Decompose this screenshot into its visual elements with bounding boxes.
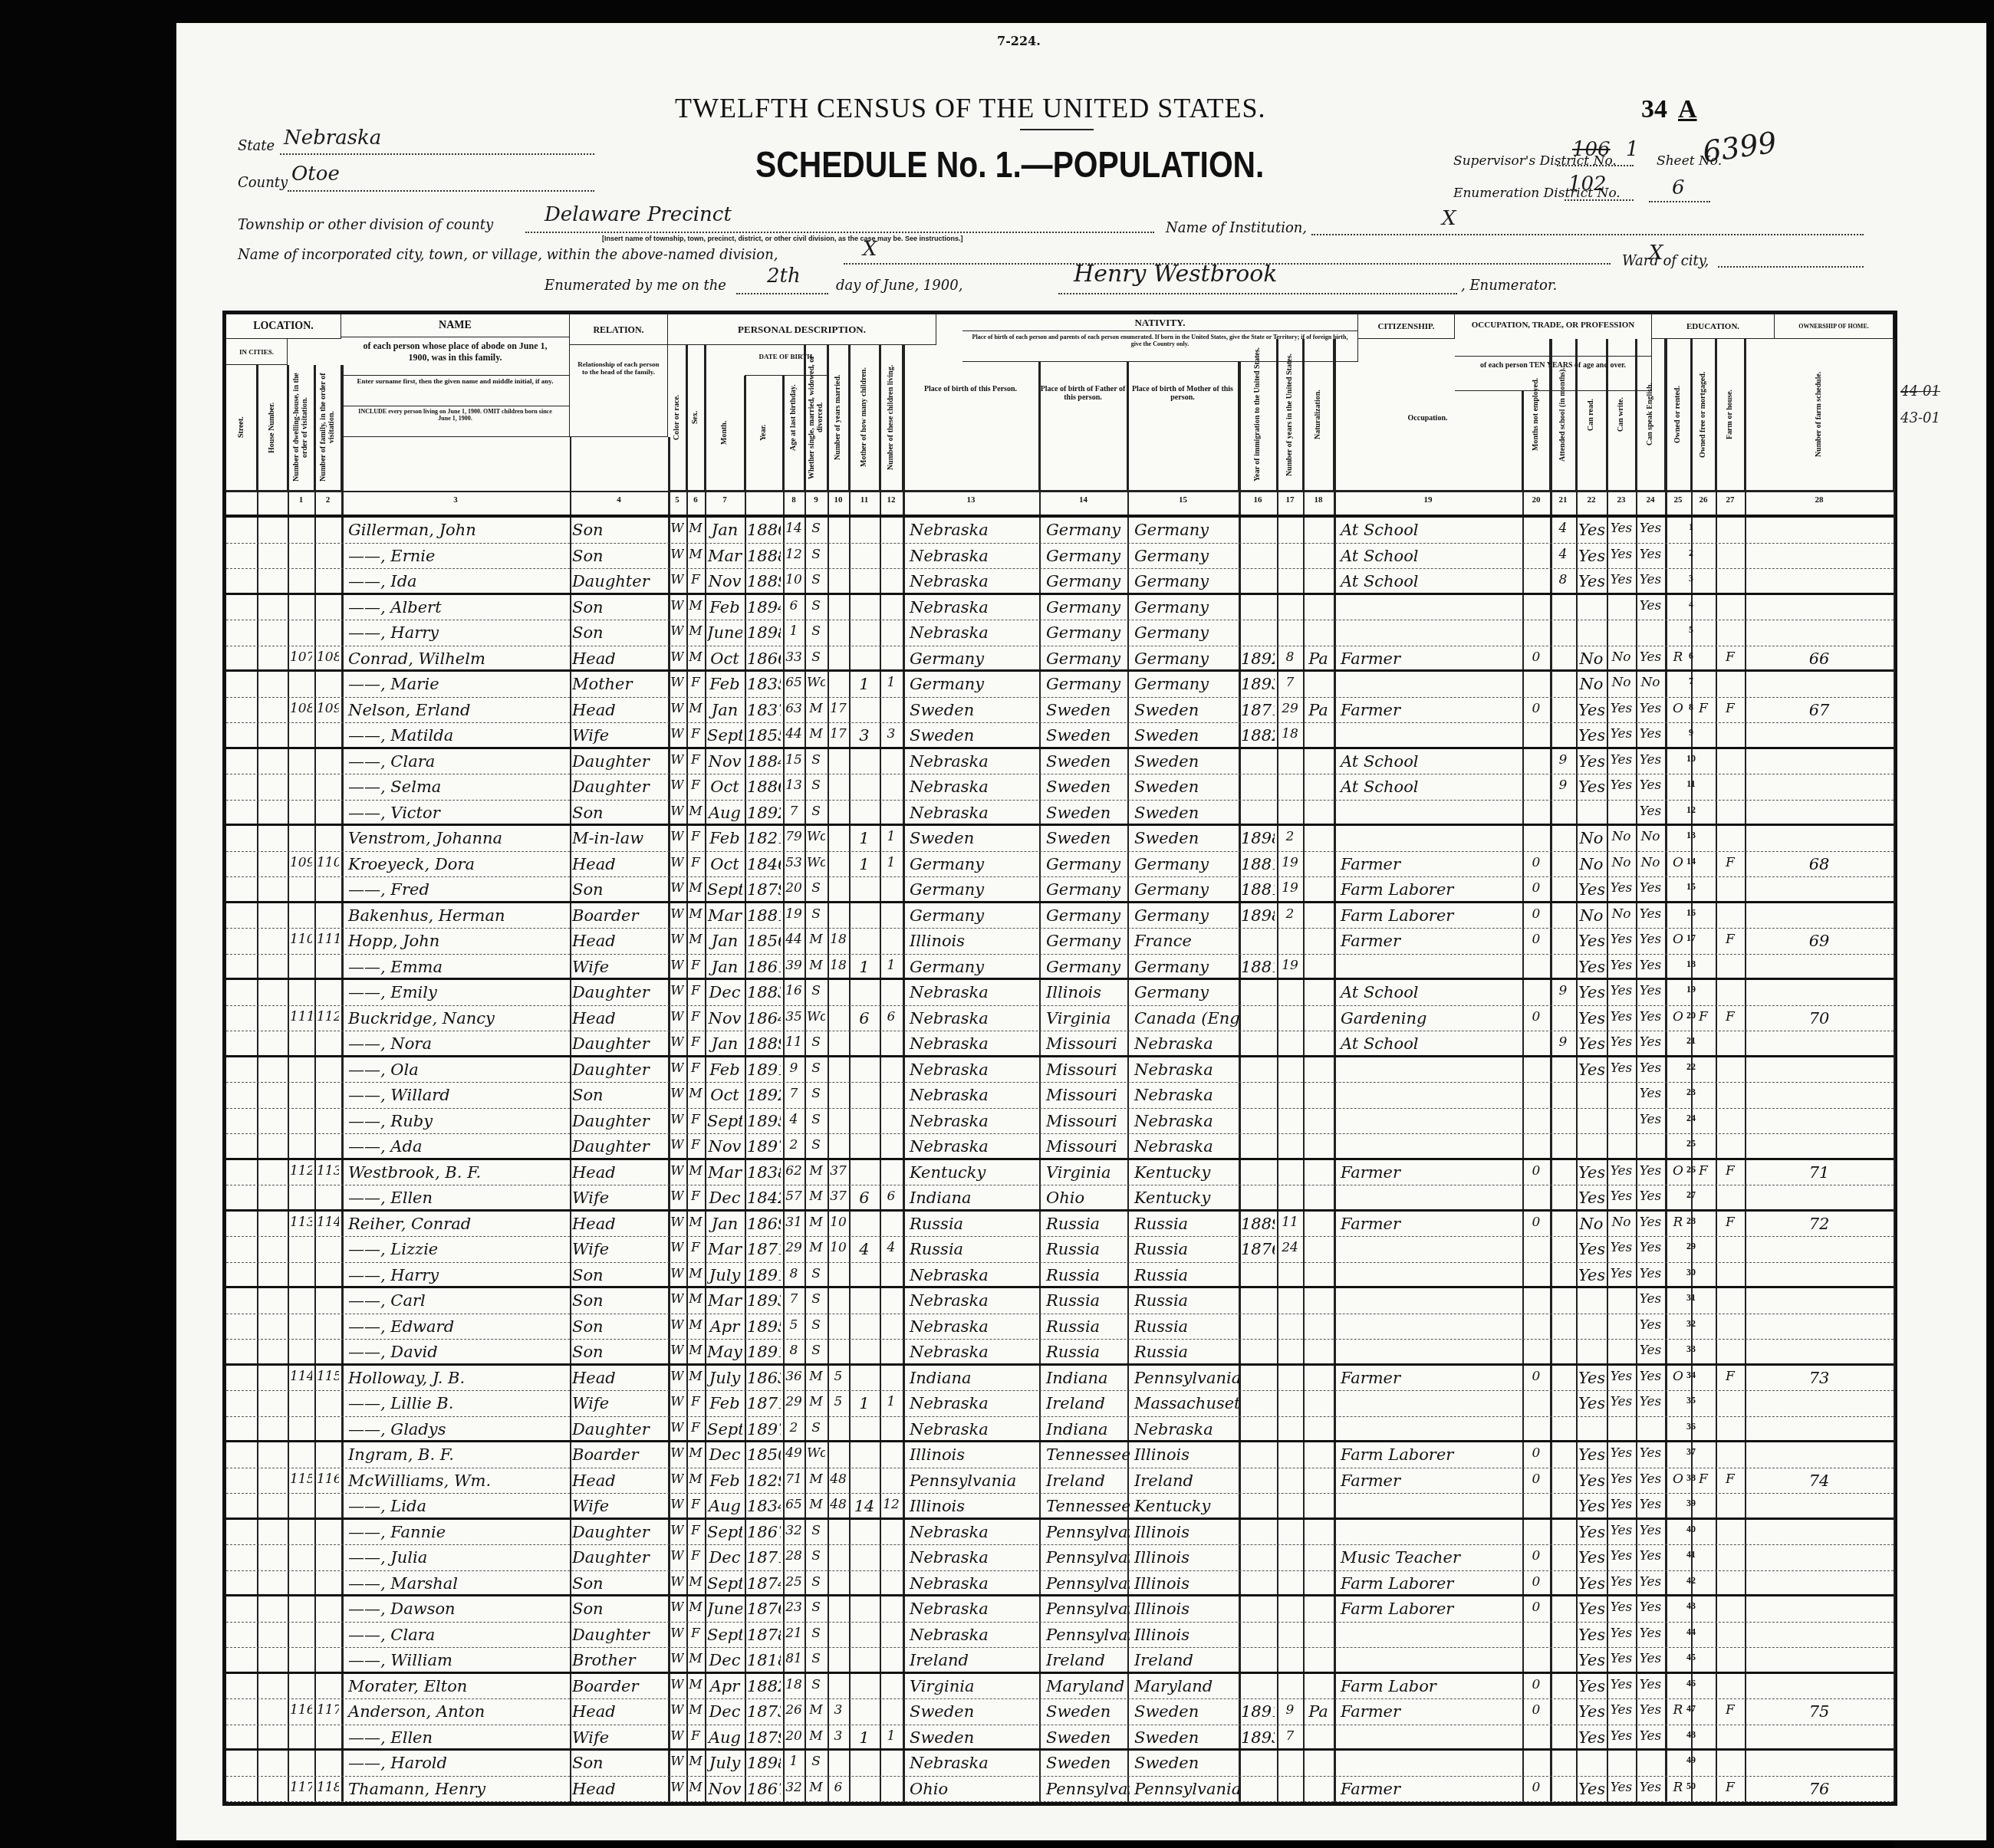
column-header-8: Age at last birthday. — [783, 345, 805, 491]
cell-yr: 1876 — [747, 1600, 781, 1623]
cell-occ — [1336, 1086, 1525, 1109]
cell-en: Yes — [1638, 1266, 1663, 1289]
cell-col: W — [670, 1369, 684, 1392]
cell-sch — [1552, 829, 1574, 852]
line-number: 2 — [1680, 547, 1703, 559]
cell-name: ——, Ernie — [344, 547, 572, 570]
cell-age: 18 — [785, 1677, 802, 1700]
cell-col: W — [670, 1112, 684, 1135]
cell-imm — [1241, 1548, 1275, 1571]
cell-fh — [1718, 1445, 1742, 1468]
cell-yr: 1891 — [747, 1266, 781, 1289]
cell-fam — [317, 1060, 339, 1083]
cell-rel: Head — [572, 855, 666, 878]
cell-age: 9 — [785, 1060, 802, 1083]
cell-yus — [1279, 1086, 1301, 1109]
cell-mpob: Sweden — [1130, 726, 1241, 749]
cell-fam — [317, 1266, 339, 1289]
cell-mne — [1525, 958, 1548, 981]
cell-cl — [882, 1600, 900, 1623]
cell-wr — [1609, 1137, 1634, 1160]
cell-mne — [1525, 521, 1548, 544]
cell-en: Yes — [1638, 1780, 1663, 1803]
cell-mc — [851, 1420, 877, 1443]
cell-sex: M — [689, 906, 703, 929]
cell-nat — [1305, 778, 1331, 801]
cell-cl — [882, 649, 900, 672]
cell-dw: 110 — [290, 932, 312, 955]
cell-mne — [1525, 829, 1548, 852]
cell-name: McWilliams, Wm. — [344, 1471, 572, 1495]
cell-dw: 107 — [290, 649, 312, 672]
line-number: 36 — [1680, 1421, 1703, 1432]
cell-occ: Farmer — [1336, 701, 1525, 724]
cell-sex: M — [689, 1215, 703, 1238]
cell-nat — [1305, 1445, 1331, 1468]
cell-dw — [290, 1394, 312, 1417]
cell-fpob: Germany — [1041, 932, 1130, 955]
cell-col: W — [670, 804, 684, 827]
cell-ms: S — [807, 1060, 825, 1083]
cell-occ — [1336, 1343, 1525, 1366]
cell-fam: 116 — [317, 1471, 339, 1495]
cell-cl — [882, 1215, 900, 1238]
table-row: 115116McWilliams, Wm.HeadWMFeb182971M48P… — [226, 1468, 1894, 1495]
cell-mc — [851, 598, 877, 621]
cell-mc: 14 — [851, 1497, 877, 1520]
cell-sex: M — [689, 1163, 703, 1186]
cell-mne — [1525, 1086, 1548, 1109]
cell-mo: Sept — [707, 726, 742, 749]
cell-cl — [882, 906, 900, 929]
cell-nat — [1305, 675, 1331, 698]
cell-rd: Yes — [1578, 726, 1604, 749]
cell-fs — [1747, 1189, 1891, 1212]
cell-ym — [830, 1060, 847, 1083]
column-number: 22 — [1576, 495, 1607, 505]
cell-fs — [1747, 547, 1891, 570]
cell-rel: Son — [572, 1266, 666, 1289]
cell-col: W — [670, 1009, 684, 1032]
cell-fs: 72 — [1747, 1215, 1891, 1238]
cell-age: 35 — [785, 1009, 802, 1032]
cell-age: 32 — [785, 1780, 802, 1803]
table-row: ——, CarlSonWMMar18937SNebraskaRussiaRuss… — [226, 1288, 1894, 1314]
cell-dw — [290, 1317, 312, 1340]
cell-pob: Illinois — [905, 932, 1041, 955]
cell-en: Yes — [1638, 1728, 1663, 1751]
cell-rel: Head — [572, 701, 666, 724]
column-label: Number of years married. — [834, 345, 842, 490]
scan-border-top — [0, 0, 1994, 26]
cell-cl: 1 — [882, 675, 900, 698]
cell-mpob: Sweden — [1130, 1754, 1241, 1777]
cell-cl — [882, 1343, 900, 1366]
table-row: ——, EdwardSonWMApr18955SNebraskaRussiaRu… — [226, 1314, 1894, 1340]
cell-mc — [851, 1266, 877, 1289]
cell-mc — [851, 983, 877, 1006]
cell-wr: Yes — [1609, 1780, 1634, 1803]
cell-ym — [830, 572, 847, 595]
cell-mo: Oct — [707, 1086, 742, 1109]
cell-mpob: Massachusetts — [1130, 1394, 1241, 1417]
cell-name: Kroeyeck, Dora — [344, 855, 572, 878]
cell-fpob: Pennsylvania — [1041, 1600, 1130, 1623]
cell-mpob: Germany — [1130, 855, 1241, 878]
institution-value: X — [1442, 207, 1456, 230]
line-number: 21 — [1680, 1035, 1703, 1047]
line-number: 43 — [1680, 1600, 1703, 1612]
cell-wr: Yes — [1609, 1369, 1634, 1392]
cell-wr: Yes — [1609, 1394, 1634, 1417]
cell-mc: 3 — [851, 726, 877, 749]
column-number: 23 — [1607, 495, 1636, 505]
cell-col: W — [670, 1702, 684, 1725]
cell-name: ——, Clara — [344, 752, 572, 775]
cell-mpob: Canada (Eng) — [1130, 1009, 1241, 1032]
cell-ym — [830, 675, 847, 698]
column-number: 3 — [341, 495, 570, 505]
cell-rel: Son — [572, 598, 666, 621]
cell-yus — [1279, 1780, 1301, 1803]
cell-dw: 117 — [290, 1780, 312, 1803]
cell-ym: 37 — [830, 1163, 847, 1186]
cell-name: Anderson, Anton — [344, 1702, 572, 1725]
cell-sex: F — [689, 1240, 703, 1263]
cell-fh: F — [1718, 1215, 1742, 1238]
cell-sex: M — [689, 1651, 703, 1674]
cell-occ — [1336, 1523, 1525, 1546]
cell-sch — [1552, 701, 1574, 724]
cell-occ — [1336, 1137, 1525, 1160]
cell-mo: Oct — [707, 778, 742, 801]
table-row: ——, DavidSonWMMay18918SNebraskaRussiaRus… — [226, 1340, 1894, 1366]
cell-yr: 1829 — [747, 1471, 781, 1495]
cell-yr: 1866 — [747, 649, 781, 672]
cell-col: W — [670, 1420, 684, 1443]
group-personal-description: PERSONAL DESCRIPTION. — [668, 314, 936, 345]
cell-rd: No — [1578, 906, 1604, 929]
cell-mne — [1525, 1060, 1548, 1083]
cell-fpob: Russia — [1041, 1343, 1130, 1366]
line-number: 35 — [1680, 1395, 1703, 1406]
cell-mo: May — [707, 1343, 742, 1366]
township-hint: [Insert name of township, town, precinct… — [602, 235, 963, 242]
line-number: 49 — [1680, 1754, 1703, 1766]
cell-mc — [851, 1060, 877, 1083]
cell-age: 5 — [785, 1317, 802, 1340]
cell-fam — [317, 1600, 339, 1623]
cell-sch — [1552, 1728, 1574, 1751]
cell-en: Yes — [1638, 649, 1663, 672]
cell-cl — [882, 1060, 900, 1083]
cell-mo: July — [707, 1266, 742, 1289]
cell-col: W — [670, 983, 684, 1006]
cell-mo: Dec — [707, 1702, 742, 1725]
cell-age: 13 — [785, 778, 802, 801]
cell-mpob: Germany — [1130, 623, 1241, 646]
cell-mpob: France — [1130, 932, 1241, 955]
cell-fam — [317, 572, 339, 595]
column-number: 12 — [880, 495, 903, 505]
cell-cl — [882, 1780, 900, 1803]
cell-fpob: Sweden — [1041, 804, 1130, 827]
cell-yus — [1279, 572, 1301, 595]
cell-sch — [1552, 726, 1574, 749]
cell-fh: F — [1718, 1702, 1742, 1725]
cell-mc — [851, 880, 877, 903]
cell-pob: Nebraska — [905, 1266, 1041, 1289]
cell-dw: 109 — [290, 855, 312, 878]
cell-rd: Yes — [1578, 1780, 1604, 1803]
cell-fam — [317, 1240, 339, 1263]
cell-en: Yes — [1638, 932, 1663, 955]
cell-en: Yes — [1638, 572, 1663, 595]
schedule-title: SCHEDULE No. 1.—POPULATION. — [755, 144, 1264, 186]
cell-yr: 1884 — [747, 752, 781, 775]
cell-rd: Yes — [1578, 1471, 1604, 1495]
table-row: Ingram, B. F.BoarderWMDec185049WdIllinoi… — [226, 1442, 1894, 1468]
cell-fam: 108 — [317, 649, 339, 672]
cell-mne: 0 — [1525, 1548, 1548, 1571]
cell-name: Bakenhus, Herman — [344, 906, 572, 929]
cell-mpob: Germany — [1130, 547, 1241, 570]
cell-rd: No — [1578, 675, 1604, 698]
cell-yr: 1892 — [747, 1086, 781, 1109]
cell-age: 36 — [785, 1369, 802, 1392]
cell-fs: 75 — [1747, 1702, 1891, 1725]
cell-rd: Yes — [1578, 1394, 1604, 1417]
column-divider — [1894, 339, 1895, 1802]
cell-mo: Jan — [707, 1215, 742, 1238]
cell-fam — [317, 1291, 339, 1314]
cell-age: 62 — [785, 1163, 802, 1186]
cell-name: Nelson, Erland — [344, 701, 572, 724]
cell-mc — [851, 1702, 877, 1725]
table-row: ——, SelmaDaughterWFOct188613SNebraskaSwe… — [226, 774, 1894, 801]
cell-cl — [882, 521, 900, 544]
cell-yus — [1279, 1471, 1301, 1495]
column-label: Place of birth of this Person. — [903, 362, 1038, 393]
cell-fh — [1718, 1240, 1742, 1263]
column-number: 5 — [668, 495, 686, 505]
cell-sch — [1552, 1548, 1574, 1571]
cell-nat — [1305, 1651, 1331, 1674]
column-number: 13 — [903, 495, 1039, 505]
cell-nat — [1305, 1420, 1331, 1443]
cell-age: 29 — [785, 1394, 802, 1417]
cell-mpob: Sweden — [1130, 1702, 1241, 1725]
cell-col: W — [670, 598, 684, 621]
cell-mo: Nov — [707, 1780, 742, 1803]
cell-fs — [1747, 752, 1891, 775]
cell-pob: Nebraska — [905, 804, 1041, 827]
cell-en: No — [1638, 855, 1663, 878]
cell-fam — [317, 958, 339, 981]
cell-fs — [1747, 572, 1891, 595]
cell-dw — [290, 1240, 312, 1263]
table-row: ——, EllenWifeWFDec184257M3766IndianaOhio… — [226, 1185, 1894, 1212]
cell-cl: 1 — [882, 958, 900, 981]
cell-yus: 18 — [1279, 726, 1301, 749]
cell-mne: 0 — [1525, 1677, 1548, 1700]
cell-fam — [317, 1754, 339, 1777]
cell-mo: Feb — [707, 675, 742, 698]
cell-sex: M — [689, 1291, 703, 1314]
cell-ym — [830, 855, 847, 878]
cell-pob: Nebraska — [905, 1343, 1041, 1366]
cell-nat — [1305, 1780, 1331, 1803]
cell-cl — [882, 1471, 900, 1495]
cell-mc: 6 — [851, 1009, 877, 1032]
cell-fam — [317, 598, 339, 621]
cell-occ — [1336, 804, 1525, 827]
cell-nat — [1305, 1523, 1331, 1546]
cell-name: ——, Gladys — [344, 1420, 572, 1443]
cell-imm — [1241, 1112, 1275, 1135]
cell-imm — [1241, 1445, 1275, 1468]
cell-fh — [1718, 1034, 1742, 1057]
cell-pob: Virginia — [905, 1677, 1041, 1700]
line-number: 15 — [1680, 881, 1703, 893]
cell-mc — [851, 1112, 877, 1135]
cell-yr: 1886 — [747, 778, 781, 801]
cell-mpob: Germany — [1130, 649, 1241, 672]
cell-wr: Yes — [1609, 1163, 1634, 1186]
relation-description: Relationship of each person to the head … — [570, 345, 668, 437]
cell-age: 31 — [785, 1215, 802, 1238]
cell-age: 8 — [785, 1343, 802, 1366]
cell-mpob: Nebraska — [1130, 1034, 1241, 1057]
cell-sex: M — [689, 623, 703, 646]
cell-fh — [1718, 1112, 1742, 1135]
cell-pob: Illinois — [905, 1497, 1041, 1520]
enumerated-label: Enumerated by me on the — [545, 278, 726, 294]
line-number: 37 — [1680, 1446, 1703, 1458]
cell-mo: Sept — [707, 1420, 742, 1443]
cell-fs: 68 — [1747, 855, 1891, 878]
cell-imm: 1882 — [1241, 726, 1275, 749]
column-label: Month. — [720, 376, 729, 490]
cell-fh — [1718, 983, 1742, 1006]
cell-sex: M — [689, 1471, 703, 1495]
cell-occ: Farmer — [1336, 1702, 1525, 1725]
cell-name: ——, Ida — [344, 572, 572, 595]
cell-rd — [1578, 804, 1604, 827]
cell-rd: Yes — [1578, 1445, 1604, 1468]
cell-fs — [1747, 778, 1891, 801]
cell-ms: M — [807, 1497, 825, 1520]
cell-mne — [1525, 1626, 1548, 1649]
cell-en: Yes — [1638, 1369, 1663, 1392]
cell-pob: Nebraska — [905, 1060, 1041, 1083]
cell-nat — [1305, 958, 1331, 981]
cell-ms: S — [807, 1112, 825, 1135]
column-label: Whether single, married, widowed, or div… — [808, 345, 824, 490]
column-label: Age at last birthday. — [789, 345, 798, 490]
column-header-18: Naturalization. — [1303, 339, 1334, 491]
cell-fh — [1718, 1626, 1742, 1649]
cell-occ — [1336, 1728, 1525, 1751]
table-row: ——, LidaWifeWFAug183465M481412IllinoisTe… — [226, 1494, 1894, 1520]
cell-occ: Farmer — [1336, 1215, 1525, 1238]
cell-en — [1638, 1754, 1663, 1777]
cell-dw — [290, 752, 312, 775]
cell-fh — [1718, 1291, 1742, 1314]
cell-nat — [1305, 932, 1331, 955]
cell-yus — [1279, 623, 1301, 646]
cell-yr: 1871 — [747, 1394, 781, 1417]
cell-mc: 6 — [851, 1189, 877, 1212]
cell-yr: 1895 — [747, 1317, 781, 1340]
cell-occ: Farm Laborer — [1336, 906, 1525, 929]
cell-ym — [830, 1523, 847, 1546]
cell-dw — [290, 598, 312, 621]
cell-occ — [1336, 1060, 1525, 1083]
cell-fh — [1718, 1728, 1742, 1751]
city-label: Name of incorporated city, town, or vill… — [238, 247, 778, 263]
cell-yus — [1279, 1677, 1301, 1700]
table-row: 116117Anderson, AntonHeadWMDec187326M3Sw… — [226, 1699, 1894, 1725]
cell-mc — [851, 932, 877, 955]
cell-wr: No — [1609, 649, 1634, 672]
cell-mc — [851, 804, 877, 827]
cell-yus: 19 — [1279, 880, 1301, 903]
cell-mo: July — [707, 1369, 742, 1392]
cell-rd: Yes — [1578, 547, 1604, 570]
column-label: Months not employed. — [1532, 339, 1540, 490]
cell-wr: Yes — [1609, 1677, 1634, 1700]
cell-fpob: Ireland — [1041, 1394, 1130, 1417]
cell-yr: 1850 — [747, 1445, 781, 1468]
cell-yus: 7 — [1279, 675, 1301, 698]
cell-age: 16 — [785, 983, 802, 1006]
cell-mc: 1 — [851, 675, 877, 698]
cell-fh — [1718, 1137, 1742, 1160]
column-label: Number of family, in the order of visita… — [319, 365, 336, 490]
cell-yr: 1837 — [747, 701, 781, 724]
cell-fam — [317, 1626, 339, 1649]
cell-nat — [1305, 752, 1331, 775]
column-label: Mother of how many children. — [860, 345, 868, 490]
cell-occ — [1336, 1189, 1525, 1212]
cell-col: W — [670, 1523, 684, 1546]
cell-mo: Sept — [707, 880, 742, 903]
cell-imm — [1241, 932, 1275, 955]
cell-sch — [1552, 855, 1574, 878]
cell-occ: At School — [1336, 778, 1525, 801]
table-row: ——, VictorSonWMAug18927SNebraskaSwedenSw… — [226, 801, 1894, 827]
cell-col: W — [670, 1651, 684, 1674]
cell-mne — [1525, 1317, 1548, 1340]
cell-cl: 3 — [882, 726, 900, 749]
cell-imm — [1241, 1420, 1275, 1443]
line-number: 1 — [1680, 521, 1703, 533]
enumerated-day: 2th — [767, 265, 801, 288]
cell-mo: Sept — [707, 1574, 742, 1597]
table-row: 112113Westbrook, B. F.HeadWMMar183862M37… — [226, 1160, 1894, 1186]
cell-sch — [1552, 1266, 1574, 1289]
cell-age: 8 — [785, 1266, 802, 1289]
cell-mpob: Kentucky — [1130, 1497, 1241, 1520]
cell-pob: Nebraska — [905, 1137, 1041, 1160]
cell-mc — [851, 1600, 877, 1623]
cell-pob: Ohio — [905, 1780, 1041, 1803]
cell-sch: 4 — [1552, 521, 1574, 544]
cell-sch — [1552, 1369, 1574, 1392]
cell-imm — [1241, 1086, 1275, 1109]
cell-rel: Daughter — [572, 1420, 666, 1443]
